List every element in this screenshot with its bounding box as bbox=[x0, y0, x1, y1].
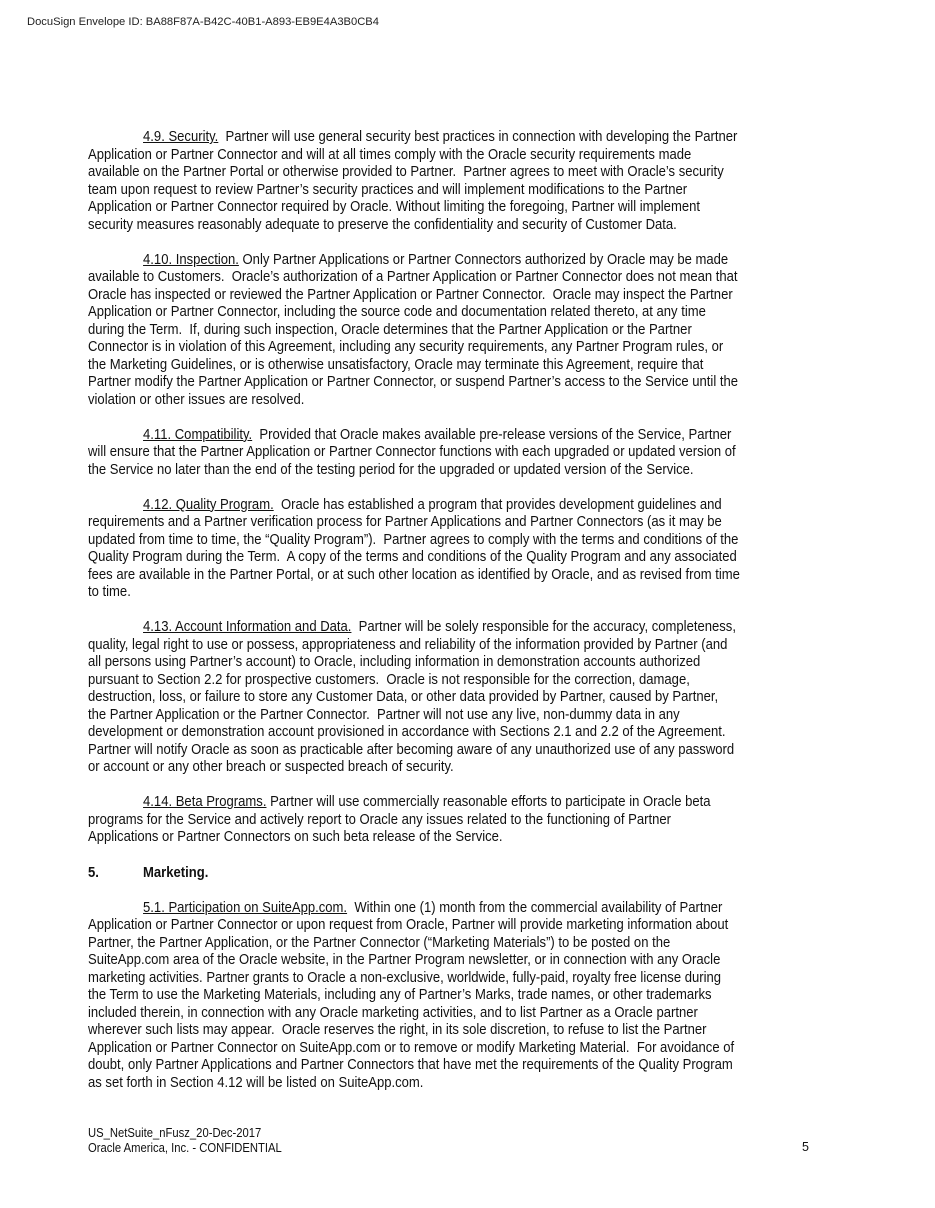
text-line: 4.11. Compatibility. Provided that Oracl… bbox=[88, 426, 759, 444]
line-text: violation or other issues are resolved. bbox=[88, 391, 304, 408]
line-text: Partner will use commercially reasonable… bbox=[266, 793, 710, 810]
line-text: the Service no later than the end of the… bbox=[88, 461, 694, 478]
text-line: the Partner Application or the Partner C… bbox=[88, 706, 759, 724]
line-text: team upon request to review Partner’s se… bbox=[88, 181, 687, 198]
section-4-10: 4.10. Inspection. Only Partner Applicati… bbox=[88, 251, 868, 409]
line-text: doubt, only Partner Applications and Par… bbox=[88, 1056, 733, 1073]
text-line: Application or Partner Connector on Suit… bbox=[88, 1039, 759, 1057]
text-line: violation or other issues are resolved. bbox=[88, 391, 759, 409]
line-text: during the Term. If, during such inspect… bbox=[88, 321, 692, 338]
line-text: development or demonstration account pro… bbox=[88, 723, 725, 740]
line-text: available on the Partner Portal or other… bbox=[88, 163, 724, 180]
line-text: Partner will use general security best p… bbox=[218, 128, 737, 145]
heading-marketing: 5.Marketing. bbox=[88, 864, 868, 882]
text-line: will ensure that the Partner Application… bbox=[88, 443, 759, 461]
text-line: Connector is in violation of this Agreem… bbox=[88, 338, 759, 356]
line-text: Within one (1) month from the commercial… bbox=[347, 899, 722, 916]
line-text: Partner will be solely responsible for t… bbox=[351, 618, 736, 635]
line-text: marketing activities. Partner grants to … bbox=[88, 969, 721, 986]
line-text: requirements and a Partner verification … bbox=[88, 513, 722, 530]
text-line: 4.12. Quality Program. Oracle has establ… bbox=[88, 496, 759, 514]
heading-title: Marketing. bbox=[143, 864, 208, 881]
text-line: fees are available in the Partner Portal… bbox=[88, 566, 759, 584]
line-text: wherever such lists may appear. Oracle r… bbox=[88, 1021, 707, 1038]
text-line: all persons using Partner’s account) to … bbox=[88, 653, 759, 671]
section-4-14: 4.14. Beta Programs. Partner will use co… bbox=[88, 793, 868, 846]
text-line: Application or Partner Connector or upon… bbox=[88, 916, 759, 934]
line-text: programs for the Service and actively re… bbox=[88, 811, 671, 828]
text-line: updated from time to time, the “Quality … bbox=[88, 531, 759, 549]
footer-doc-ref: US_NetSuite_nFusz_20-Dec-2017 bbox=[88, 1126, 754, 1141]
line-text: updated from time to time, the “Quality … bbox=[88, 531, 738, 548]
line-text: destruction, loss, or failure to store a… bbox=[88, 688, 718, 705]
text-line: Oracle has inspected or reviewed the Par… bbox=[88, 286, 759, 304]
text-line: Partner modify the Partner Application o… bbox=[88, 373, 759, 391]
page-footer: US_NetSuite_nFusz_20-Dec-2017 Oracle Ame… bbox=[88, 1126, 828, 1155]
section-4-13: 4.13. Account Information and Data. Part… bbox=[88, 618, 868, 776]
line-text: Application or Partner Connector and wil… bbox=[88, 146, 691, 163]
text-line: Application or Partner Connector and wil… bbox=[88, 146, 759, 164]
text-line: to time. bbox=[88, 583, 759, 601]
text-line: 4.10. Inspection. Only Partner Applicati… bbox=[88, 251, 759, 269]
text-line: Partner will notify Oracle as soon as pr… bbox=[88, 741, 759, 759]
section-title: 4.10. Inspection. bbox=[143, 251, 239, 268]
section-5-1: 5.1. Participation on SuiteApp.com. With… bbox=[88, 899, 868, 1092]
line-text: pursuant to Section 2.2 for prospective … bbox=[88, 671, 690, 688]
text-line: SuiteApp.com area of the Oracle website,… bbox=[88, 951, 759, 969]
text-line: or account or any other breach or suspec… bbox=[88, 758, 759, 776]
text-line: programs for the Service and actively re… bbox=[88, 811, 759, 829]
line-text: as set forth in Section 4.12 will be lis… bbox=[88, 1074, 423, 1091]
text-line: development or demonstration account pro… bbox=[88, 723, 759, 741]
line-text: Application or Partner Connector require… bbox=[88, 198, 700, 215]
text-line: Application or Partner Connector require… bbox=[88, 198, 759, 216]
line-text: quality, legal right to use or possess, … bbox=[88, 636, 727, 653]
section-title: 4.11. Compatibility. bbox=[143, 426, 252, 443]
text-line: Quality Program during the Term. A copy … bbox=[88, 548, 759, 566]
line-text: to time. bbox=[88, 583, 131, 600]
section-4-9: 4.9. Security. Partner will use general … bbox=[88, 128, 868, 233]
text-line: quality, legal right to use or possess, … bbox=[88, 636, 759, 654]
text-line: wherever such lists may appear. Oracle r… bbox=[88, 1021, 759, 1039]
text-line: 4.9. Security. Partner will use general … bbox=[88, 128, 759, 146]
docusign-envelope-id: DocuSign Envelope ID: BA88F87A-B42C-40B1… bbox=[27, 16, 379, 28]
section-title: 4.9. Security. bbox=[143, 128, 218, 145]
text-line: 4.13. Account Information and Data. Part… bbox=[88, 618, 759, 636]
text-line: doubt, only Partner Applications and Par… bbox=[88, 1056, 759, 1074]
section-title: 4.13. Account Information and Data. bbox=[143, 618, 351, 635]
heading-line: 5.Marketing. bbox=[88, 864, 759, 882]
line-text: available to Customers. Oracle’s authori… bbox=[88, 268, 738, 285]
text-line: as set forth in Section 4.12 will be lis… bbox=[88, 1074, 759, 1092]
text-line: the Term to use the Marketing Materials,… bbox=[88, 986, 759, 1004]
line-text: fees are available in the Partner Portal… bbox=[88, 566, 740, 583]
line-text: Quality Program during the Term. A copy … bbox=[88, 548, 737, 565]
line-text: all persons using Partner’s account) to … bbox=[88, 653, 700, 670]
line-text: security measures reasonably adequate to… bbox=[88, 216, 677, 233]
heading-number: 5. bbox=[88, 864, 143, 882]
line-text: Application or Partner Connector on Suit… bbox=[88, 1039, 734, 1056]
line-text: will ensure that the Partner Application… bbox=[88, 443, 736, 460]
text-line: 5.1. Participation on SuiteApp.com. With… bbox=[88, 899, 759, 917]
line-text: Oracle has established a program that pr… bbox=[274, 496, 722, 513]
text-line: the Marketing Guidelines, or is otherwis… bbox=[88, 356, 759, 374]
text-line: destruction, loss, or failure to store a… bbox=[88, 688, 759, 706]
text-line: available to Customers. Oracle’s authori… bbox=[88, 268, 759, 286]
text-line: during the Term. If, during such inspect… bbox=[88, 321, 759, 339]
line-text: SuiteApp.com area of the Oracle website,… bbox=[88, 951, 720, 968]
section-title: 4.12. Quality Program. bbox=[143, 496, 274, 513]
line-text: included therein, in connection with any… bbox=[88, 1004, 698, 1021]
line-text: Application or Partner Connector, includ… bbox=[88, 303, 706, 320]
line-text: the Term to use the Marketing Materials,… bbox=[88, 986, 712, 1003]
line-text: Partner will notify Oracle as soon as pr… bbox=[88, 741, 734, 758]
line-text: Applications or Partner Connectors on su… bbox=[88, 828, 503, 845]
line-text: Application or Partner Connector or upon… bbox=[88, 916, 728, 933]
section-4-11: 4.11. Compatibility. Provided that Oracl… bbox=[88, 426, 868, 479]
text-line: requirements and a Partner verification … bbox=[88, 513, 759, 531]
line-text: the Partner Application or the Partner C… bbox=[88, 706, 680, 723]
line-text: Only Partner Applications or Partner Con… bbox=[239, 251, 728, 268]
footer-company: Oracle America, Inc. - CONFIDENTIAL bbox=[88, 1141, 754, 1156]
section-title: 4.14. Beta Programs. bbox=[143, 793, 266, 810]
text-line: security measures reasonably adequate to… bbox=[88, 216, 759, 234]
line-text: Connector is in violation of this Agreem… bbox=[88, 338, 723, 355]
section-title: 5.1. Participation on SuiteApp.com. bbox=[143, 899, 347, 916]
text-line: included therein, in connection with any… bbox=[88, 1004, 759, 1022]
text-line: team upon request to review Partner’s se… bbox=[88, 181, 759, 199]
line-text: Partner, the Partner Application, or the… bbox=[88, 934, 670, 951]
text-line: pursuant to Section 2.2 for prospective … bbox=[88, 671, 759, 689]
text-line: the Service no later than the end of the… bbox=[88, 461, 759, 479]
section-4-12: 4.12. Quality Program. Oracle has establ… bbox=[88, 496, 868, 601]
line-text: Partner modify the Partner Application o… bbox=[88, 373, 738, 390]
line-text: Oracle has inspected or reviewed the Par… bbox=[88, 286, 733, 303]
page-number: 5 bbox=[802, 1140, 809, 1154]
line-text: the Marketing Guidelines, or is otherwis… bbox=[88, 356, 703, 373]
text-line: 4.14. Beta Programs. Partner will use co… bbox=[88, 793, 759, 811]
line-text: Provided that Oracle makes available pre… bbox=[252, 426, 731, 443]
text-line: marketing activities. Partner grants to … bbox=[88, 969, 759, 987]
text-line: available on the Partner Portal or other… bbox=[88, 163, 759, 181]
text-line: Application or Partner Connector, includ… bbox=[88, 303, 759, 321]
text-line: Partner, the Partner Application, or the… bbox=[88, 934, 759, 952]
text-line: Applications or Partner Connectors on su… bbox=[88, 828, 759, 846]
document-body: 4.9. Security. Partner will use general … bbox=[88, 128, 868, 1109]
line-text: or account or any other breach or suspec… bbox=[88, 758, 454, 775]
